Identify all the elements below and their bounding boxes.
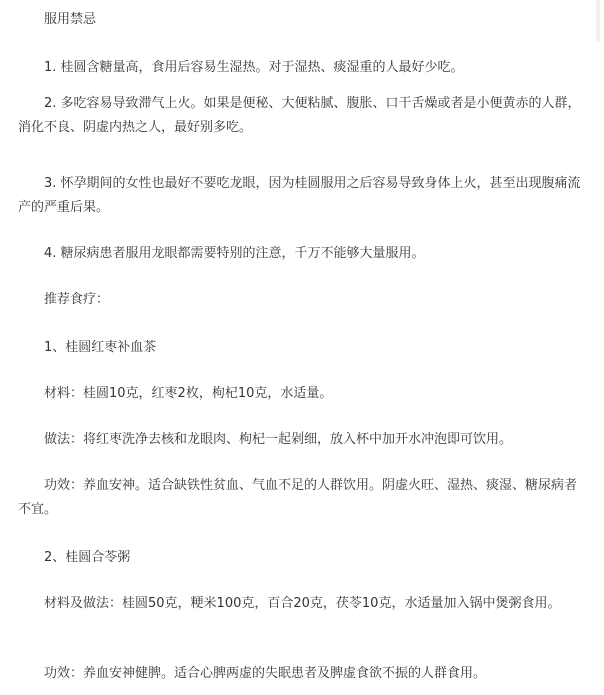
- scrollbar-track[interactable]: [596, 0, 600, 42]
- contraindication-item-1: 1. 桂圆含糖量高，食用后容易生湿热。对于湿热、痰湿重的人最好少吃。: [18, 56, 582, 80]
- recipe-1-effect: 功效：养血安神。适合缺铁性贫血、气血不足的人群饮用。阴虚火旺、湿热、痰湿、糖尿病…: [18, 474, 582, 522]
- recipe-2-ingredients-method: 材料及做法：桂圆50克，粳米100克，百合20克，茯苓10克，水适量加入锅中煲粥…: [18, 592, 582, 616]
- recipe-1-title: 1、桂圆红枣补血茶: [18, 336, 582, 360]
- recipe-2-title: 2、桂圆合苓粥: [18, 546, 582, 570]
- contraindication-item-2: 2. 多吃容易导致滞气上火。如果是便秘、大便粘腻、腹胀、口干舌燥或者是小便黄赤的…: [18, 92, 582, 140]
- recipe-1-ingredients: 材料：桂圆10克，红枣2枚，枸杞10克，水适量。: [18, 382, 582, 406]
- recipe-2-effect: 功效：养血安神健脾。适合心脾两虚的失眠患者及脾虚食欲不振的人群食用。: [18, 662, 582, 686]
- recipe-1-method: 做法：将红枣洗净去核和龙眼肉、枸杞一起剁细，放入杯中加开水冲泡即可饮用。: [18, 428, 582, 452]
- recipes-heading: 推荐食疗：: [18, 288, 582, 312]
- contraindications-heading: 服用禁忌: [18, 8, 582, 32]
- contraindication-item-3: 3. 怀孕期间的女性也最好不要吃龙眼，因为桂圆服用之后容易导致身体上火，甚至出现…: [18, 172, 582, 220]
- contraindication-item-4: 4. 糖尿病患者服用龙眼都需要特别的注意，千万不能够大量服用。: [18, 242, 582, 266]
